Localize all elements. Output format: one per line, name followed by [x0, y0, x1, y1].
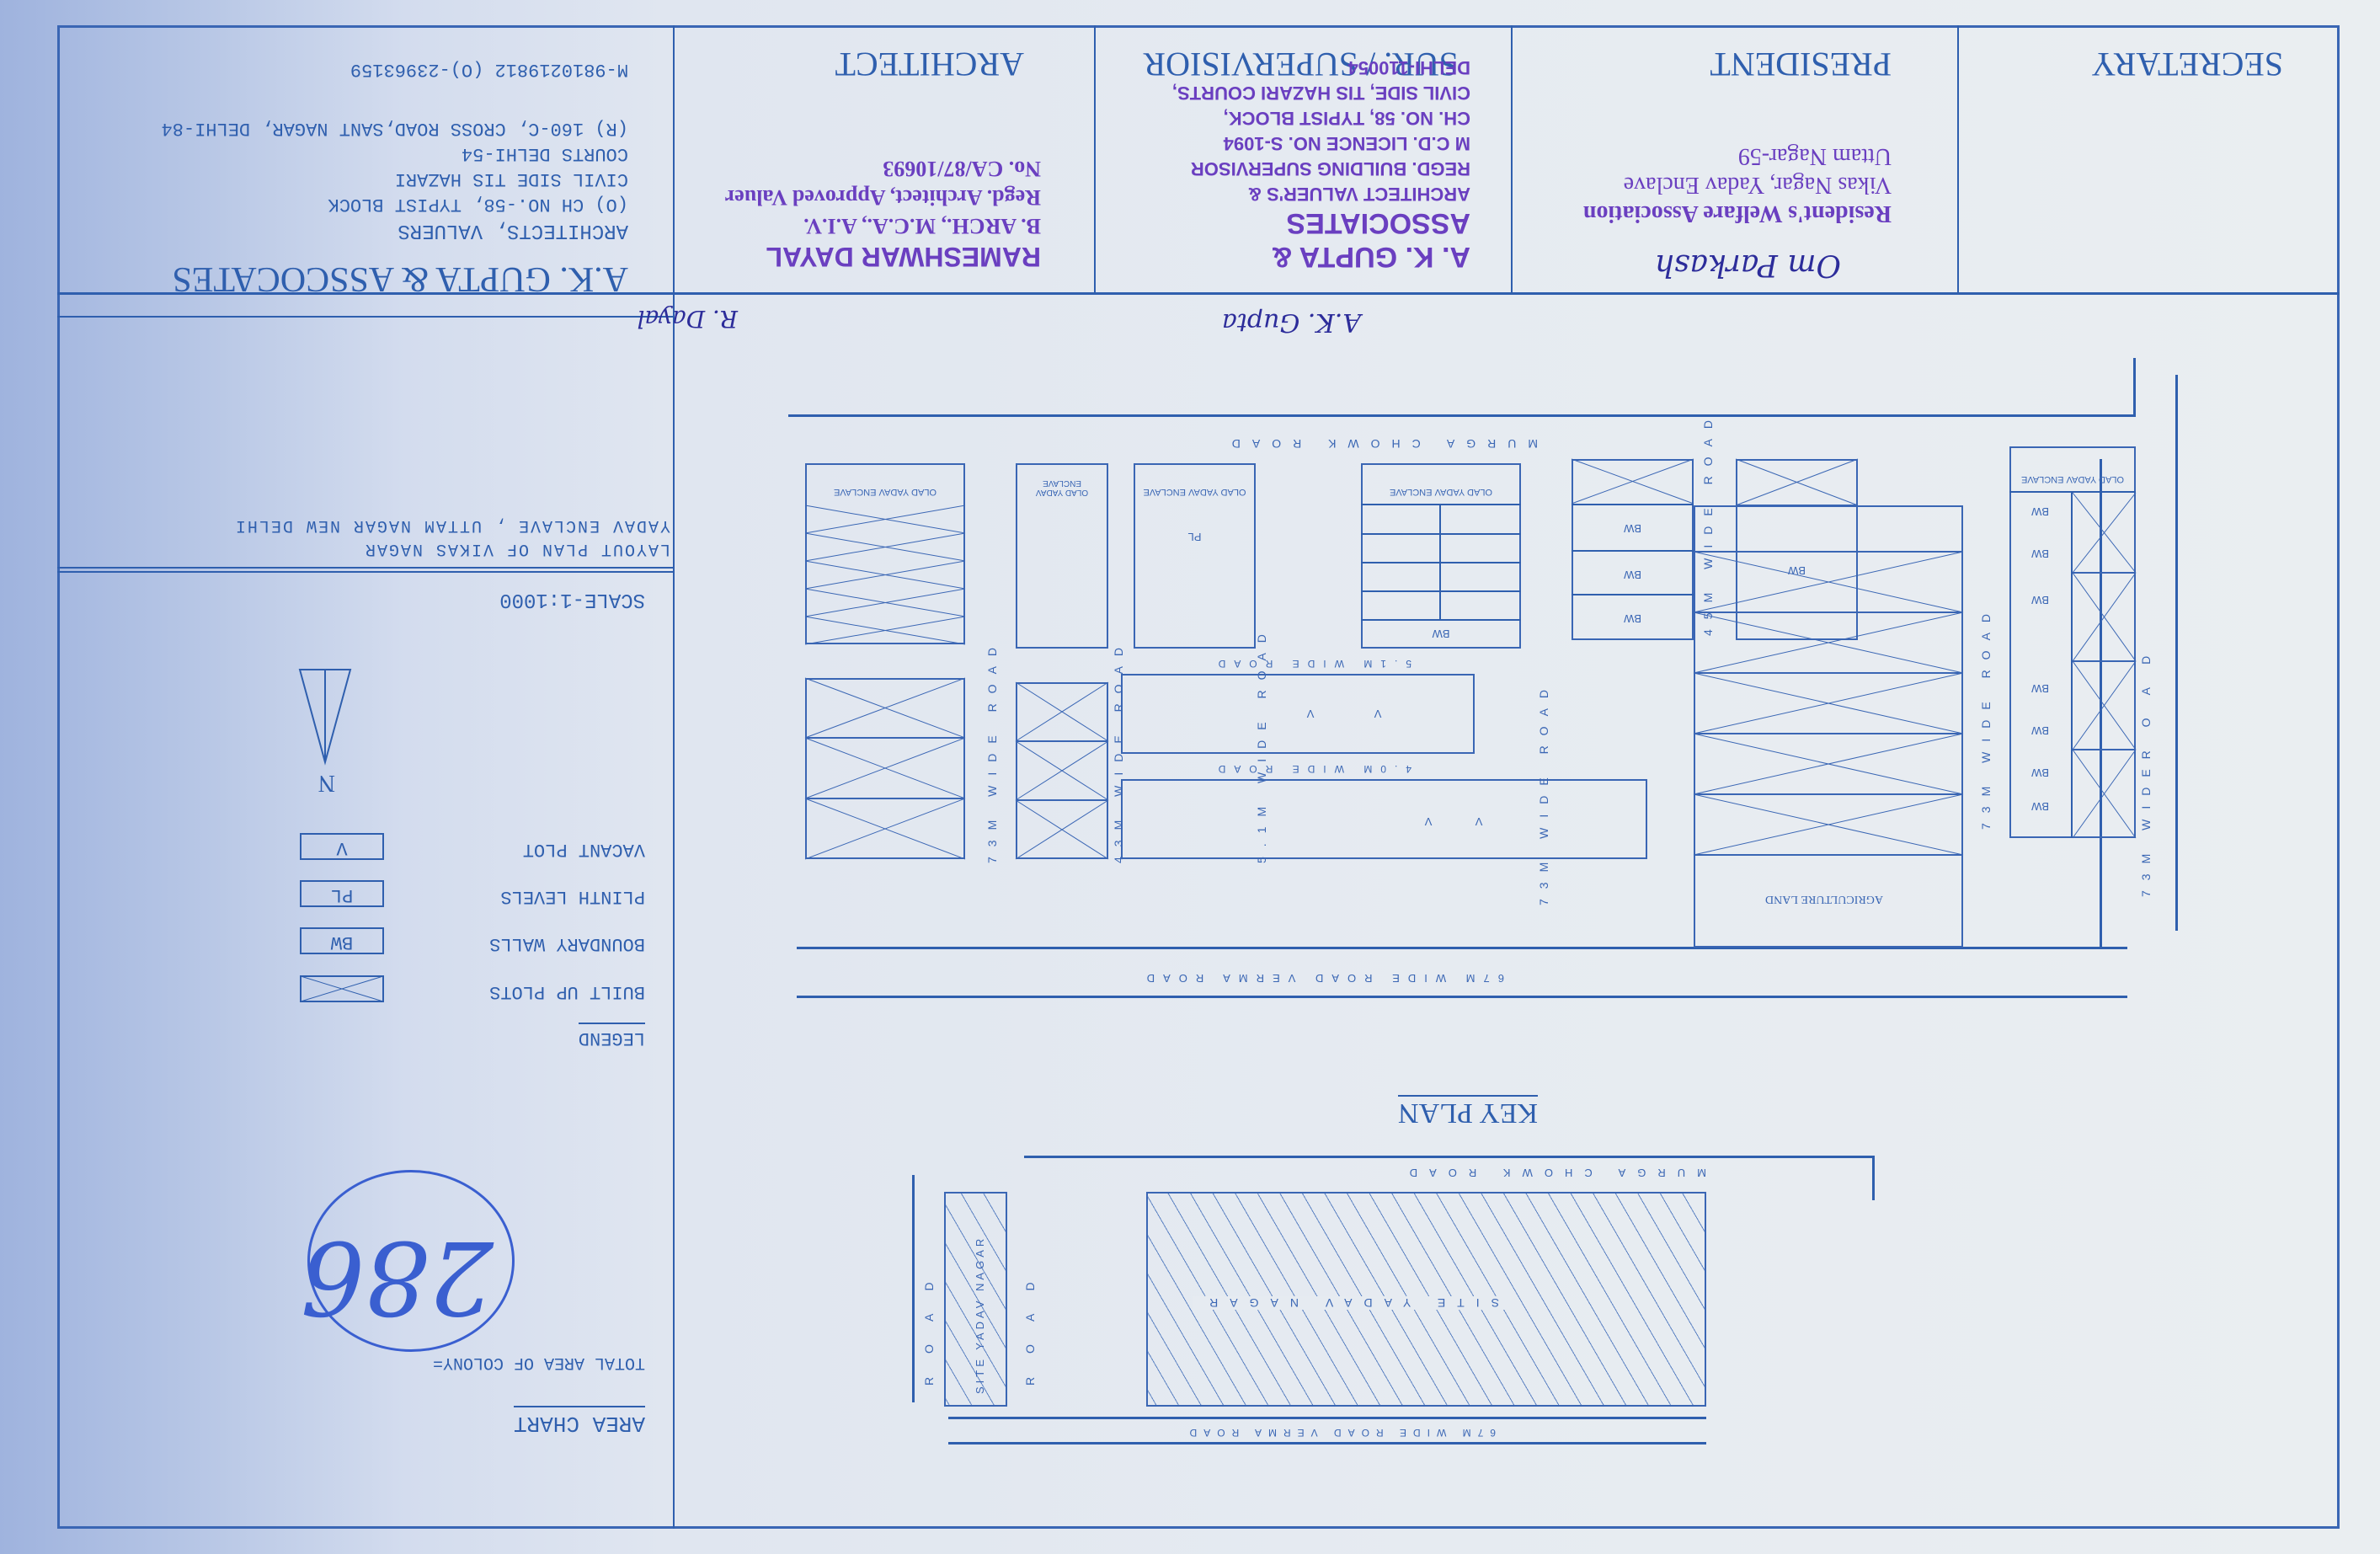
key-plan-bottom-road-2	[948, 1417, 1706, 1419]
legend-symbol: V	[300, 833, 384, 860]
north-arrow-icon	[291, 661, 359, 762]
stamp-line: No. CA/87/10693	[670, 154, 1041, 183]
scale-divider	[57, 567, 675, 569]
legend-symbol: BW	[300, 927, 384, 954]
firm-divider	[57, 316, 675, 318]
murga-chowk-road-label: MURGA CHOWK ROAD	[1220, 437, 1538, 451]
plot-divider	[1572, 504, 1694, 505]
bw-label: BW	[2009, 724, 2071, 737]
stamp-line: DELHI-110054	[1100, 55, 1470, 80]
divider-secretary-president	[1957, 25, 1959, 295]
wider-road-edge	[2175, 375, 2178, 931]
block-header-label: OLAD YADAV ENCLAVE	[1369, 487, 1513, 497]
file-number: 286	[301, 1218, 494, 1335]
cross-box-icon	[1572, 459, 1694, 504]
cross-box-icon	[1736, 459, 1858, 505]
bw-label: BW	[2009, 766, 2071, 779]
blueprint-sheet: SECRETARY PRESIDENT Resident's Welfare A…	[0, 0, 2380, 1554]
legend-heading: LEGEND	[579, 1023, 645, 1049]
plot-divider	[1361, 533, 1521, 535]
plot-divider	[1572, 594, 1694, 595]
v-label: V	[1344, 708, 1411, 720]
key-plan-road-label-2: R O A D	[922, 1217, 936, 1386]
stamp-line: Regd. Architect, Approved Valuer	[670, 183, 1041, 211]
bw-label: BW	[1361, 627, 1521, 640]
key-plan-side-site-label: SITE YADAV NAGAR	[974, 1192, 986, 1394]
plan-title: LAYOUT PLAN OF VIKAS NAGAR YADAV ENCLAVE…	[234, 513, 670, 560]
president-signature: Om Parkash	[1655, 248, 1841, 282]
firm-phone: M-9810219812 (O)-23963159	[72, 56, 628, 82]
v-label: V	[1277, 708, 1344, 720]
bw-label: BW	[2009, 594, 2071, 606]
bw-label: BW	[1572, 569, 1694, 581]
legend-symbol: PL	[300, 880, 384, 907]
block-header-label: OLAD YADAV ENCLAVE	[2018, 474, 2127, 484]
bw-label: BW	[2009, 682, 2071, 695]
legend-label: PLINTH LEVELS	[500, 886, 645, 907]
firm-line: ARCHITECTS, VALUERS	[72, 216, 628, 243]
firm-line: (O) CH NO.-58, TYPIST BLOCK	[72, 191, 628, 216]
bw-label: BW	[1572, 522, 1694, 535]
plot-divider	[1361, 562, 1521, 563]
plot-row-lower	[1121, 779, 1647, 859]
architect-signature: R. Dayal	[638, 305, 739, 333]
secretary-label: SECRETARY	[2091, 45, 2283, 84]
stamp-line: Uttam Nagar-59	[1538, 142, 1892, 170]
divider-supervisor-architect	[1094, 25, 1096, 295]
stamp-line: M C.D. LICENCE NO. S-1094	[1100, 131, 1470, 156]
area-chart-total: TOTAL AREA OF COLONY=	[433, 1353, 645, 1372]
legend-item-built-up: BUILT UP PLOTS	[140, 972, 645, 1002]
pl-label: PL	[1138, 531, 1251, 543]
area-chart: AREA CHART TOTAL AREA OF COLONY=	[433, 1353, 645, 1436]
architect-stamp: RAMESHWAR DAYAL B. ARCH., M.C.A., A.I.V.…	[670, 154, 1041, 274]
plan-title-divider	[57, 571, 675, 573]
cross-box-icon	[2073, 493, 2136, 838]
block-header-label: OLAD YADAV ENCLAVE	[1017, 478, 1107, 497]
key-plan-road-edge	[912, 1175, 915, 1402]
scale-label: SCALE-1:1000	[499, 588, 645, 611]
firm-line: COURTS DELHI-54	[72, 141, 628, 166]
road-label-r3: 5.1M WIDE ROAD	[1255, 467, 1268, 863]
area-chart-heading: AREA CHART	[514, 1406, 645, 1436]
key-plan-heading: KEY PLAN	[1398, 1095, 1538, 1129]
cross-box-icon	[300, 975, 384, 1002]
legend-item-vacant: VACANT PLOT V	[140, 830, 645, 860]
firm-block: A.K. GUPTA & ASSCOCATES ARCHITECTS, VALU…	[72, 56, 628, 299]
stamp-line: A. K. GUPTA & ASSOCIATES	[1100, 206, 1470, 274]
v-label: V	[1403, 815, 1454, 828]
architect-label: ARCHITECT	[835, 45, 1024, 84]
road-label-h1: 5.1M WIDE ROAD	[1210, 658, 1411, 670]
rotated-drawing: SECRETARY PRESIDENT Resident's Welfare A…	[0, 0, 2380, 1554]
block-header-label: OLAD YADAV ENCLAVE	[1138, 487, 1251, 497]
block-header-label: OLAD YADAV ENCLAVE	[814, 487, 957, 497]
stamp-line: CH. NO. 58, TYPIST BLOCK,	[1100, 105, 1470, 131]
key-plan-road-label-1: R O A D	[1023, 1217, 1037, 1386]
supervisor-signature: A.K. Gupta	[1222, 307, 1361, 337]
agriculture-land-label: AGRICULTURE LAND	[1740, 892, 1908, 905]
plot-divider	[1572, 550, 1694, 552]
legend-label: BOUNDARY WALLS	[489, 933, 645, 954]
road-label-r1: 73M WIDE ROAD	[985, 467, 999, 863]
murga-chowk-road-edge-corner	[2133, 358, 2136, 417]
firm-line: (R) 160-C, CROSS ROAD,SANT NAGAR, DELHI-…	[72, 115, 628, 141]
bw-label: BW	[2009, 505, 2071, 518]
bw-label: BW	[2009, 547, 2071, 560]
v-label: V	[1454, 815, 1504, 828]
plot-divider	[1361, 619, 1521, 621]
cross-box-icon	[805, 678, 965, 859]
key-plan-bottom-road	[948, 1442, 1706, 1445]
verma-road-label: 67M WIDE ROAD VERMA ROAD	[1139, 972, 1504, 985]
stamp-line: Resident's Welfare Association	[1538, 199, 1892, 227]
stamp-line: REGD. BUILDING SUPERVISOR	[1100, 156, 1470, 181]
plan-title-line: LAYOUT PLAN OF VIKAS NAGAR	[234, 537, 670, 560]
legend-label: BUILT UP PLOTS	[489, 981, 645, 1002]
legend-item-plinth: PLINTH LEVELS PL	[140, 877, 645, 907]
road-label-r6: 73M WIDE ROAD	[1979, 526, 1993, 830]
key-plan-top-road-label: MURGA CHOWK ROAD	[1398, 1167, 1706, 1179]
president-label: PRESIDENT	[1710, 45, 1892, 84]
plot-divider	[1361, 590, 1521, 592]
road-label-h2: 4.0M WIDE ROAD	[1210, 763, 1411, 775]
cross-box-icon	[1016, 682, 1108, 859]
bw-label: BW	[1736, 564, 1858, 577]
road-label-r2: 43M WIDE ROAD	[1112, 467, 1125, 863]
road-label-r5: 45M WIDE ROAD	[1701, 467, 1715, 636]
firm-line: CIVIL SIDE TIS HAZARI	[72, 166, 628, 191]
block-divider	[1361, 504, 1521, 505]
bw-label: BW	[2009, 800, 2071, 813]
key-plan-bottom-road-label: 67M WIDE ROAD VERMA ROAD	[1183, 1427, 1496, 1439]
plan-title-line: YADAV ENCLAVE , UTTAM NAGAR NEW DELHI	[234, 513, 670, 537]
key-plan-top-road	[1024, 1156, 1875, 1158]
stamp-line: RAMESHWAR DAYAL	[670, 240, 1041, 274]
cross-box-icon	[805, 505, 965, 644]
divider-president-supervisor	[1511, 25, 1513, 295]
stamp-line: CIVIL SIDE, TIS HAZARI COURTS,	[1100, 80, 1470, 105]
north-label: N	[318, 769, 335, 796]
supervisor-stamp: A. K. GUPTA & ASSOCIATES ARCHITECT VALUE…	[1100, 55, 1470, 274]
bw-label: BW	[1572, 612, 1694, 625]
key-plan-top-road-corner	[1872, 1156, 1875, 1200]
stamp-line: ARCHITECT VALUER'S &	[1100, 181, 1470, 206]
legend-item-boundary: BOUNDARY WALLS BW	[140, 924, 645, 954]
president-stamp: Resident's Welfare Association Vikas Nag…	[1538, 142, 1892, 227]
murga-chowk-road-edge	[788, 414, 2136, 417]
key-plan-site-label: SITE YADAV NAGAR	[1193, 1296, 1504, 1310]
stamp-line: B. ARCH., M.C.A., A.I.V.	[670, 211, 1041, 240]
legend-label: VACANT PLOT	[523, 839, 645, 860]
firm-name: A.K. GUPTA & ASSCOCATES	[72, 259, 628, 299]
wider-road-label: 73M WIDER O A D	[2139, 425, 2153, 897]
stamp-line: Vikas Nagar, Yadav Enclave	[1538, 170, 1892, 199]
verma-road-edge-2	[797, 996, 2127, 998]
